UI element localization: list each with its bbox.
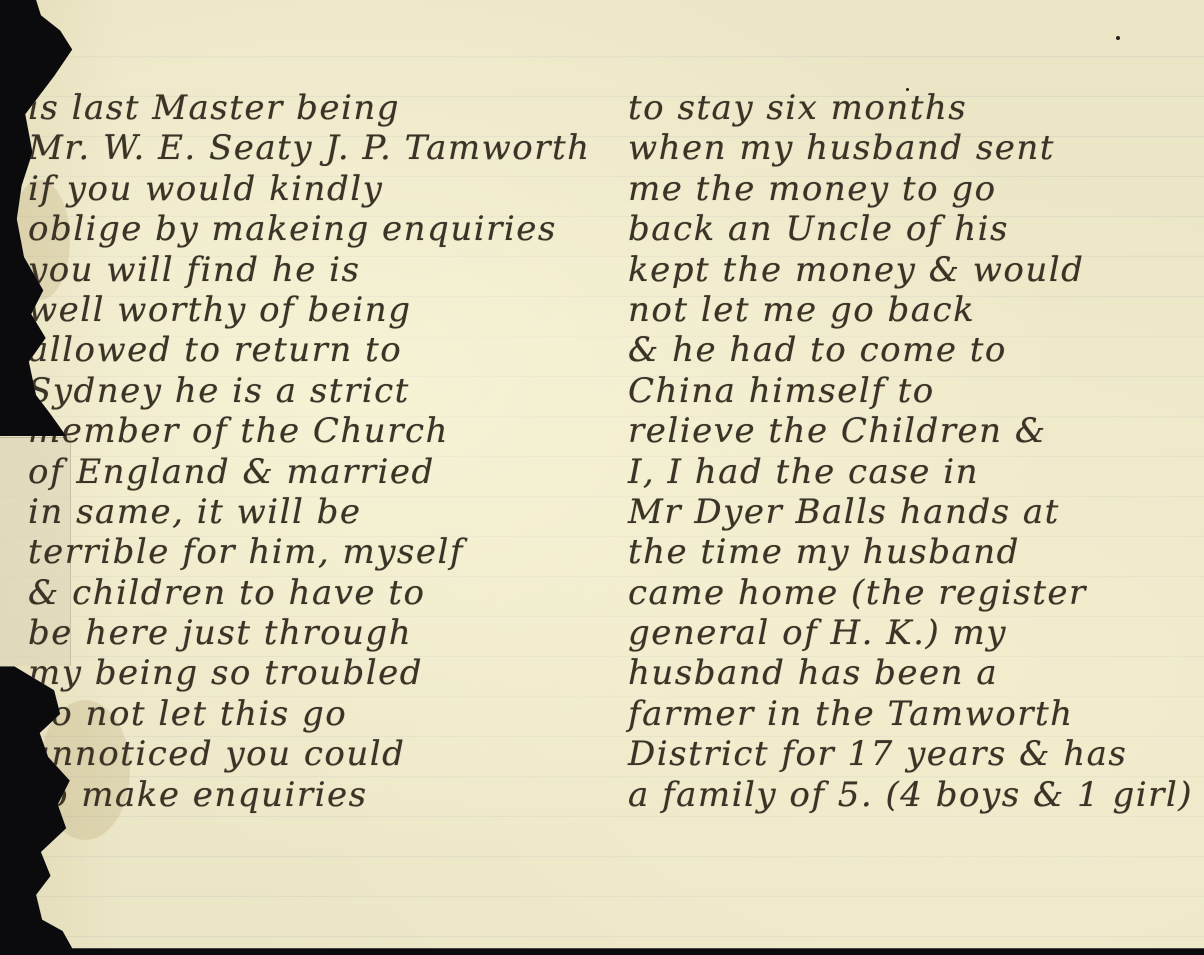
text-line: & he had to come to xyxy=(628,330,1198,370)
text-line: the time my husband xyxy=(628,532,1198,572)
text-line: District for 17 years & has xyxy=(628,734,1198,774)
text-line: China himself to xyxy=(628,371,1198,411)
ink-speck xyxy=(1116,36,1120,40)
text-line: oblige by makeing enquiries xyxy=(28,209,608,249)
text-line: in same, it will be xyxy=(28,492,608,532)
text-line: husband has been a xyxy=(628,653,1198,693)
text-line: Sydney he is a strict xyxy=(28,371,608,411)
text-line: back an Uncle of his xyxy=(628,209,1198,249)
text-line: I, I had the case in xyxy=(628,452,1198,492)
text-line: when my husband sent xyxy=(628,128,1198,168)
text-line: kept the money & would xyxy=(628,250,1198,290)
text-line: Mr Dyer Balls hands at xyxy=(628,492,1198,532)
text-line: a family of 5. (4 boys & 1 girl) xyxy=(628,775,1198,815)
text-line: you will find he is xyxy=(28,250,608,290)
text-line: is last Master being xyxy=(28,88,608,128)
paper-sheet: is last Master being Mr. W. E. Seaty J. … xyxy=(0,0,1204,952)
text-line: me the money to go xyxy=(628,169,1198,209)
text-line: not let me go back xyxy=(628,290,1198,330)
text-line: my being so troubled xyxy=(28,653,608,693)
text-line: do not let this go xyxy=(28,694,608,734)
text-line: came home (the register xyxy=(628,573,1198,613)
text-line: & children to have to xyxy=(28,573,608,613)
text-line: be here just through xyxy=(28,613,608,653)
left-column-text: is last Master being Mr. W. E. Seaty J. … xyxy=(28,88,608,815)
text-line: terrible for him, myself xyxy=(28,532,608,572)
text-line: farmer in the Tamworth xyxy=(628,694,1198,734)
text-line: Mr. W. E. Seaty J. P. Tamworth xyxy=(28,128,608,168)
text-line: member of the Church xyxy=(28,411,608,451)
text-line: so make enquiries xyxy=(28,775,608,815)
right-column-text: to stay six months when my husband sent … xyxy=(628,88,1198,815)
text-line: of England & married xyxy=(28,452,608,492)
text-line: allowed to return to xyxy=(28,330,608,370)
scanned-letter: is last Master being Mr. W. E. Seaty J. … xyxy=(0,0,1204,955)
text-line: to stay six months xyxy=(628,88,1198,128)
text-line: unnoticed you could xyxy=(28,734,608,774)
text-line: if you would kindly xyxy=(28,169,608,209)
text-line: general of H. K.) my xyxy=(628,613,1198,653)
text-line: well worthy of being xyxy=(28,290,608,330)
text-line: relieve the Children & xyxy=(628,411,1198,451)
